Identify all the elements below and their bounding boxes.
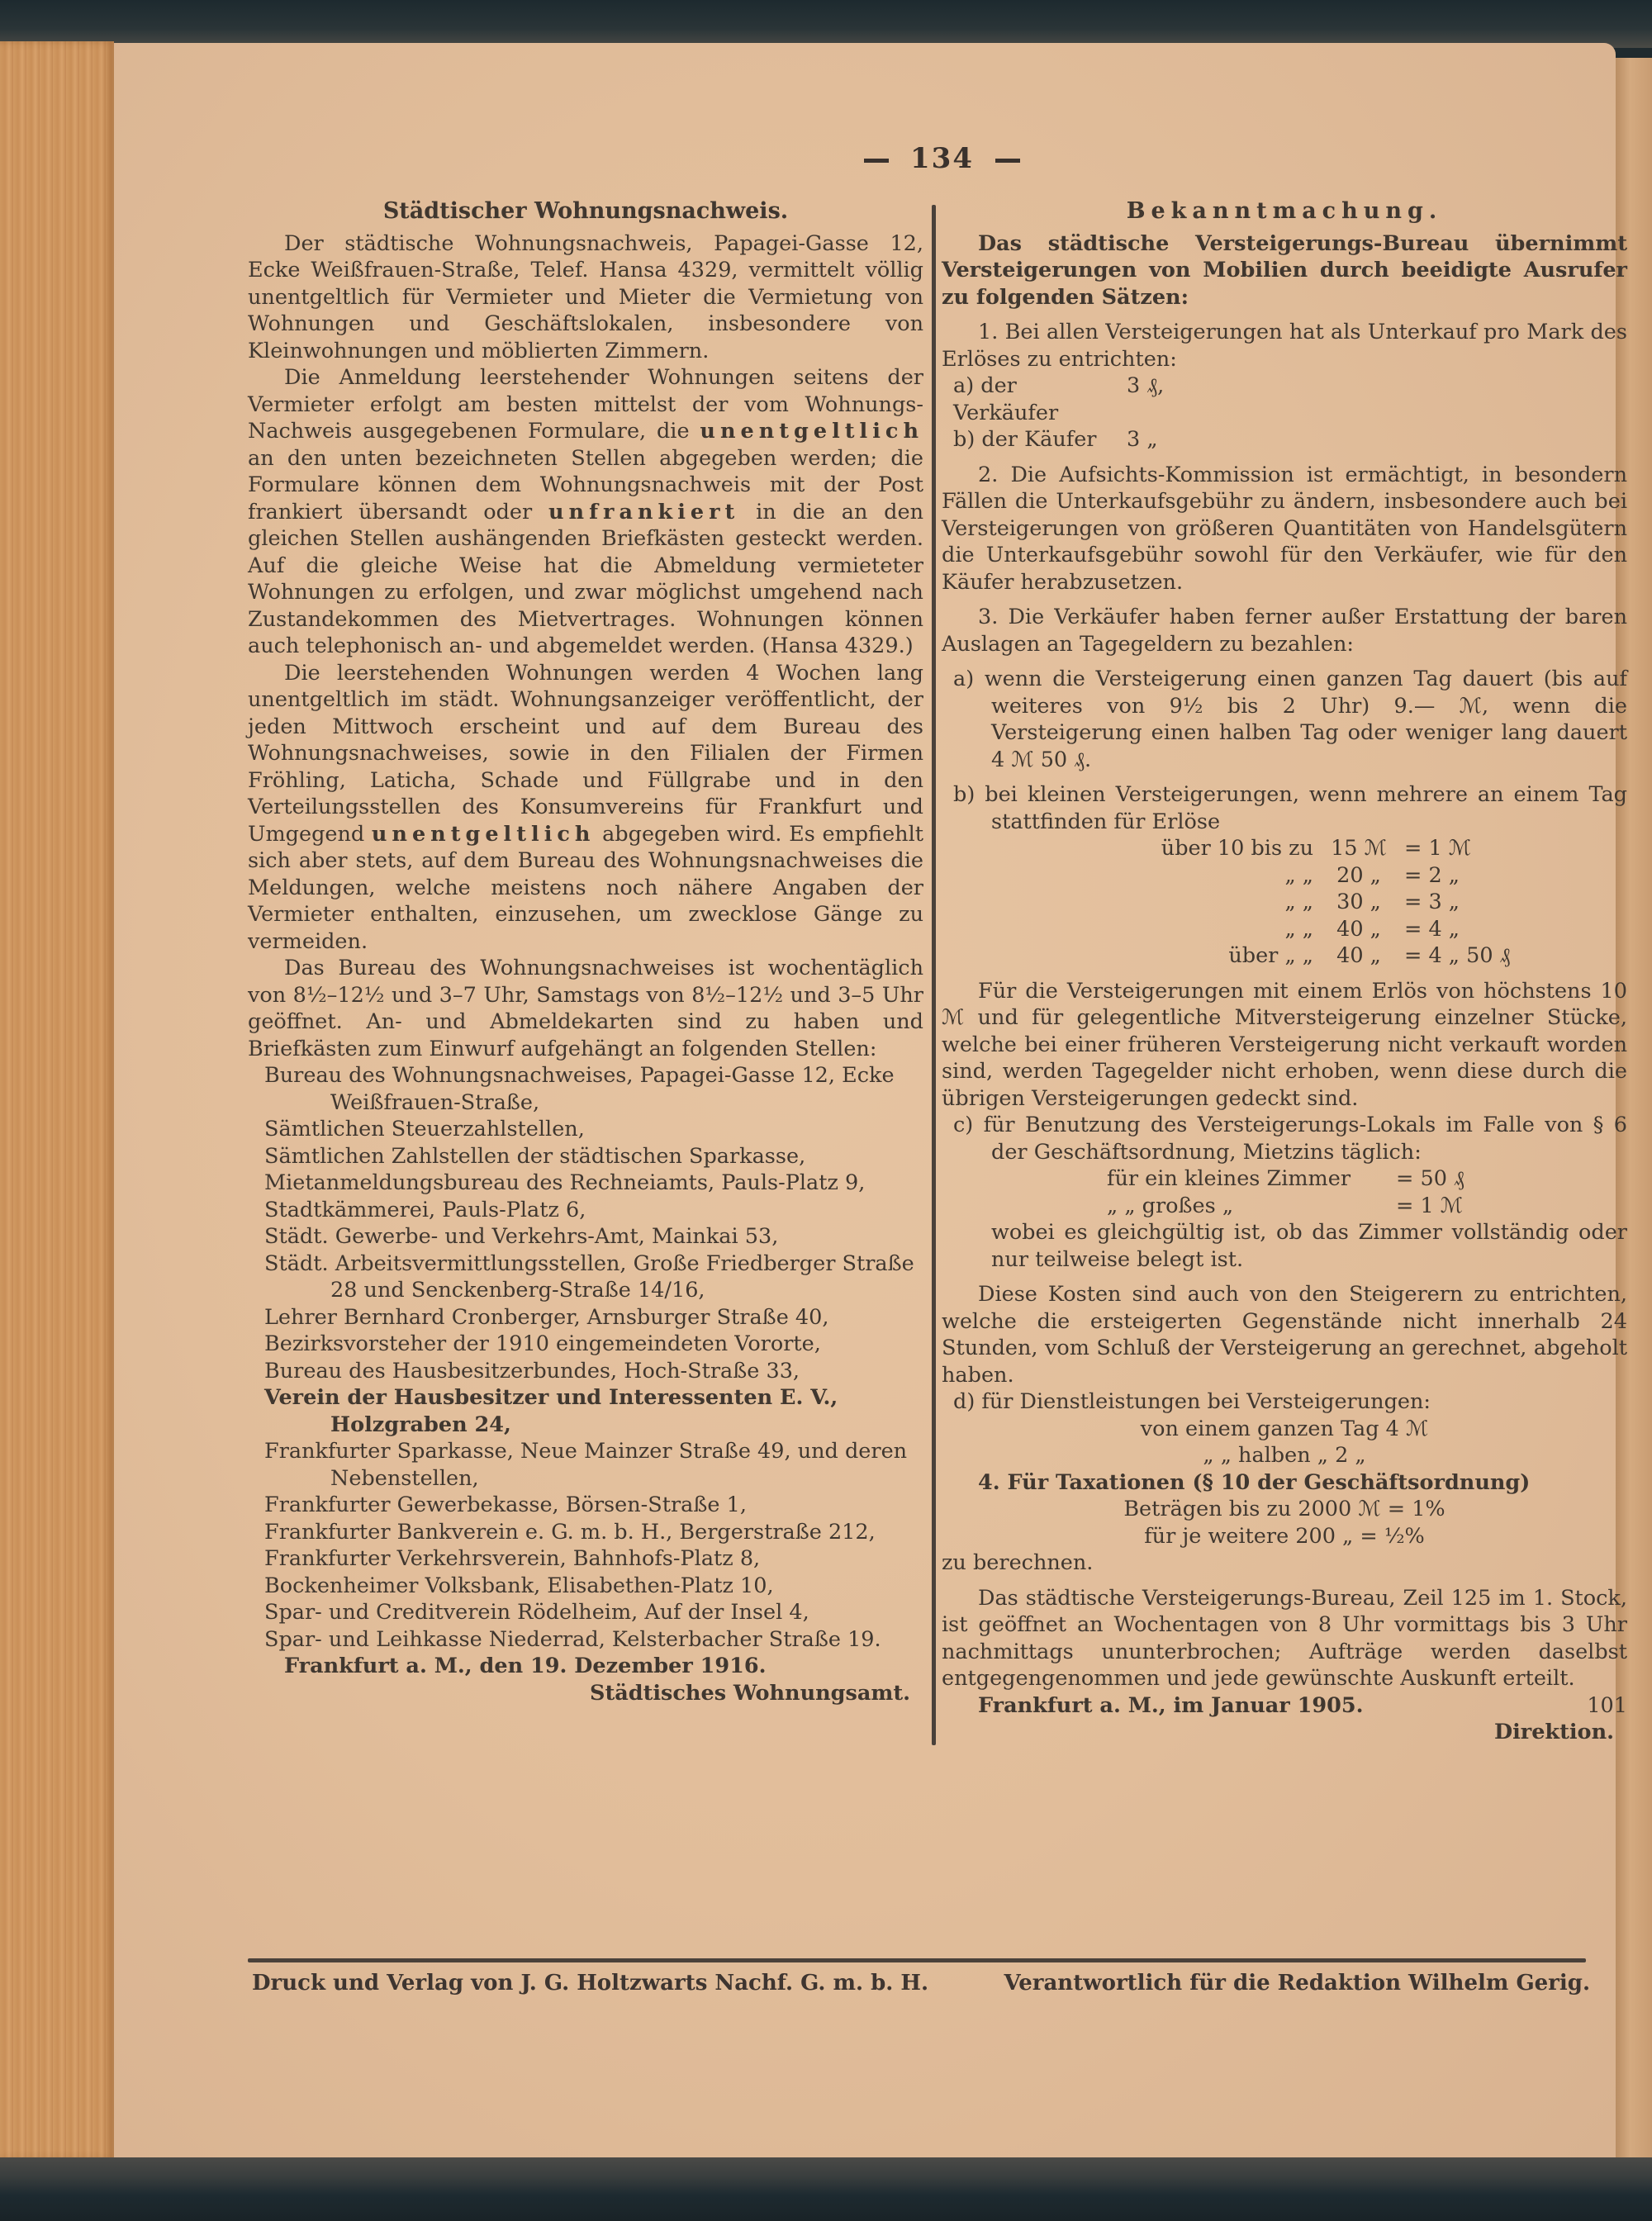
book-cover-bottom [0, 2157, 1652, 2221]
fee-table: über 10 bis zu15 ℳ= 1 ℳ „ „20 „= 2 „ „ „… [942, 835, 1627, 970]
cell: = 3 „ [1404, 889, 1460, 916]
section-3b: b) bei kleinen Versteigerungen, wenn meh… [942, 781, 1627, 835]
list-item: Verein der Hausbesitzer und Interessente… [248, 1384, 923, 1438]
registration-paragraph: Die Anmeldung leerstehender Wohnungen se… [248, 364, 923, 660]
locations-list: Bureau des Wohnungsnachweises, Papagei-G… [248, 1062, 923, 1653]
section-4-closing: zu berechnen. [942, 1549, 1627, 1577]
label: b) der Käufer [953, 426, 1127, 453]
section-4: 4. Für Taxationen (§ 10 der Geschäftsord… [942, 1469, 1627, 1497]
value: 3 „ [1127, 426, 1158, 453]
editor-credit: Verantwortlich für die Redaktion Wilhelm… [1004, 1971, 1590, 1996]
costs-note: Diese Kosten sind auch von den Steigerer… [942, 1281, 1627, 1388]
left-column-title: Städtischer Wohnungsnachweis. [248, 198, 923, 225]
room-fee-table: für ein kleines Zimmer= 50 ₰ „ „ großes … [942, 1165, 1627, 1219]
cell: = 4 „ 50 ₰ [1404, 942, 1510, 970]
list-item: Mietanmeldungsbureau des Rechneiamts, Pa… [248, 1170, 923, 1197]
table-row: „ „20 „= 2 „ [1107, 862, 1627, 890]
list-item: Bezirksvorsteher der 1910 eingemeindeten… [248, 1331, 923, 1358]
list-item: Spar- und Creditverein Rödelheim, Auf de… [248, 1599, 923, 1626]
intro-paragraph: Der städtische Wohnungsnachweis, Papagei… [248, 230, 923, 365]
section-3a: a) wenn die Versteigerung einen ganzen T… [942, 666, 1627, 773]
cell: 20 „ [1313, 862, 1404, 890]
reference-number: 101 [1587, 1692, 1627, 1720]
cell: 40 „ [1313, 942, 1404, 970]
book-cover-top [0, 0, 1652, 48]
table-row: über 10 bis zu15 ℳ= 1 ℳ [1107, 835, 1627, 862]
label: a) der Verkäufer [953, 373, 1127, 426]
cell: = 4 „ [1404, 916, 1460, 943]
intro-paragraph: Das städtische Versteigerungs-Bureau übe… [942, 230, 1627, 311]
section-1: 1. Bei allen Versteigerungen hat als Unt… [942, 319, 1627, 373]
section-3c: c) für Benutzung des Versteigerungs-Loka… [942, 1112, 1627, 1165]
cell: „ „ großes „ [1107, 1193, 1396, 1220]
dateline: Frankfurt a. M., im Januar 1905. [942, 1692, 1363, 1720]
cell: = 2 „ [1404, 862, 1460, 890]
fee-row-buyer: b) der Käufer 3 „ [942, 426, 1627, 453]
list-item: Frankfurter Sparkasse, Neue Mainzer Stra… [248, 1438, 923, 1492]
small-auction-note: Für die Versteigerungen mit einem Erlös … [942, 978, 1627, 1113]
cell: = 1 ℳ [1396, 1193, 1463, 1220]
list-item: Frankfurter Gewerbekasse, Börsen-Straße … [248, 1492, 923, 1519]
taxation-rate-row: Beträgen bis zu 2000 ℳ = 1% [942, 1496, 1627, 1523]
left-column-notice: Städtischer Wohnungsnachweis. Der städti… [248, 198, 923, 1706]
table-row: „ „ großes „= 1 ℳ [1107, 1193, 1627, 1220]
footer-rule [248, 1958, 1586, 1962]
page-stack-edge [0, 41, 114, 2160]
cell: 30 „ [1313, 889, 1404, 916]
table-row: für ein kleines Zimmer= 50 ₰ [1107, 1165, 1627, 1193]
service-fee-row: von einem ganzen Tag 4 ℳ [942, 1416, 1627, 1443]
dash-right [995, 159, 1020, 163]
cell: = 1 ℳ [1404, 835, 1471, 862]
signature: Direktion. [942, 1719, 1627, 1746]
emphasis-run: unfrankiert [548, 500, 739, 524]
section-3d: d) für Dienstleistungen bei Versteigerun… [942, 1388, 1627, 1416]
list-item: Bureau des Wohnungsnachweises, Papagei-G… [248, 1062, 923, 1116]
cell: = 50 ₰ [1396, 1165, 1464, 1193]
list-item: Frankfurter Bankverein e. G. m. b. H., B… [248, 1519, 923, 1546]
cell: über „ „ [1107, 942, 1313, 970]
text-run: Die leerstehenden Wohnungen werden 4 Woc… [248, 661, 923, 847]
section-2: 2. Die Aufsichts-Kommission ist ermächti… [942, 462, 1627, 596]
footer-imprint: Druck und Verlag von J. G. Holtzwarts Na… [252, 1971, 1590, 1996]
dash-left [864, 159, 889, 163]
publication-paragraph: Die leerstehenden Wohnungen werden 4 Woc… [248, 660, 923, 956]
list-item: Frankfurter Verkehrsverein, Bahnhofs-Pla… [248, 1545, 923, 1573]
page-number: 134 [843, 142, 1042, 175]
cell: „ „ [1107, 916, 1313, 943]
page-number-text: 134 [910, 142, 974, 175]
service-fee-row: „ „ halben „ 2 „ [942, 1442, 1627, 1469]
value: 3 ₰, [1127, 373, 1164, 426]
office-hours-paragraph: Das städtische Versteigerungs-Bureau, Ze… [942, 1585, 1627, 1692]
right-column-title: Bekanntmachung. [942, 198, 1627, 225]
section-3: 3. Die Verkäufer haben ferner außer Erst… [942, 604, 1627, 657]
dateline-row: Frankfurt a. M., im Januar 1905. 101 [942, 1692, 1627, 1720]
cell: für ein kleines Zimmer [1107, 1165, 1396, 1193]
list-item: Städt. Arbeitsvermittlungsstellen, Große… [248, 1250, 923, 1304]
emphasis-run: unentgeltlich [372, 822, 596, 847]
cell: „ „ [1107, 862, 1313, 890]
table-row: „ „40 „= 4 „ [1107, 916, 1627, 943]
list-item: Sämtlichen Zahlstellen der städtischen S… [248, 1143, 923, 1170]
dateline: Frankfurt a. M., den 19. Dezember 1916. [248, 1653, 923, 1680]
cell: 40 „ [1313, 916, 1404, 943]
list-item: Bockenheimer Volksbank, Elisabethen-Plat… [248, 1573, 923, 1600]
cell: 15 ℳ [1313, 835, 1404, 862]
signature: Städtisches Wohnungsamt. [248, 1680, 923, 1707]
list-item: Sämtlichen Steuerzahlstellen, [248, 1116, 923, 1143]
cell: „ „ [1107, 889, 1313, 916]
list-item: Bureau des Hausbesitzerbundes, Hoch-Stra… [248, 1358, 923, 1385]
table-row: „ „30 „= 3 „ [1107, 889, 1627, 916]
column-divider [932, 205, 936, 1745]
list-item: Stadtkämmerei, Pauls-Platz 6, [248, 1197, 923, 1224]
right-column-notice: Bekanntmachung. Das städtische Versteige… [942, 198, 1627, 1746]
cell: über 10 bis zu [1107, 835, 1313, 862]
emphasis-run: unentgeltlich [700, 419, 923, 444]
taxation-rate-row: für je weitere 200 „ = ½% [942, 1523, 1627, 1550]
printer-credit: Druck und Verlag von J. G. Holtzwarts Na… [252, 1971, 928, 1996]
room-note: wobei es gleichgültig ist, ob das Zimmer… [942, 1219, 1627, 1273]
table-row: über „ „40 „= 4 „ 50 ₰ [1107, 942, 1627, 970]
fee-row-seller: a) der Verkäufer 3 ₰, [942, 373, 1627, 426]
list-item: Städt. Gewerbe- und Verkehrs-Amt, Mainka… [248, 1223, 923, 1250]
list-item: Spar- und Leihkasse Niederrad, Kelsterba… [248, 1626, 923, 1654]
hours-paragraph: Das Bureau des Wohnungsnachweises ist wo… [248, 955, 923, 1062]
list-item: Lehrer Bernhard Cronberger, Arnsburger S… [248, 1304, 923, 1331]
